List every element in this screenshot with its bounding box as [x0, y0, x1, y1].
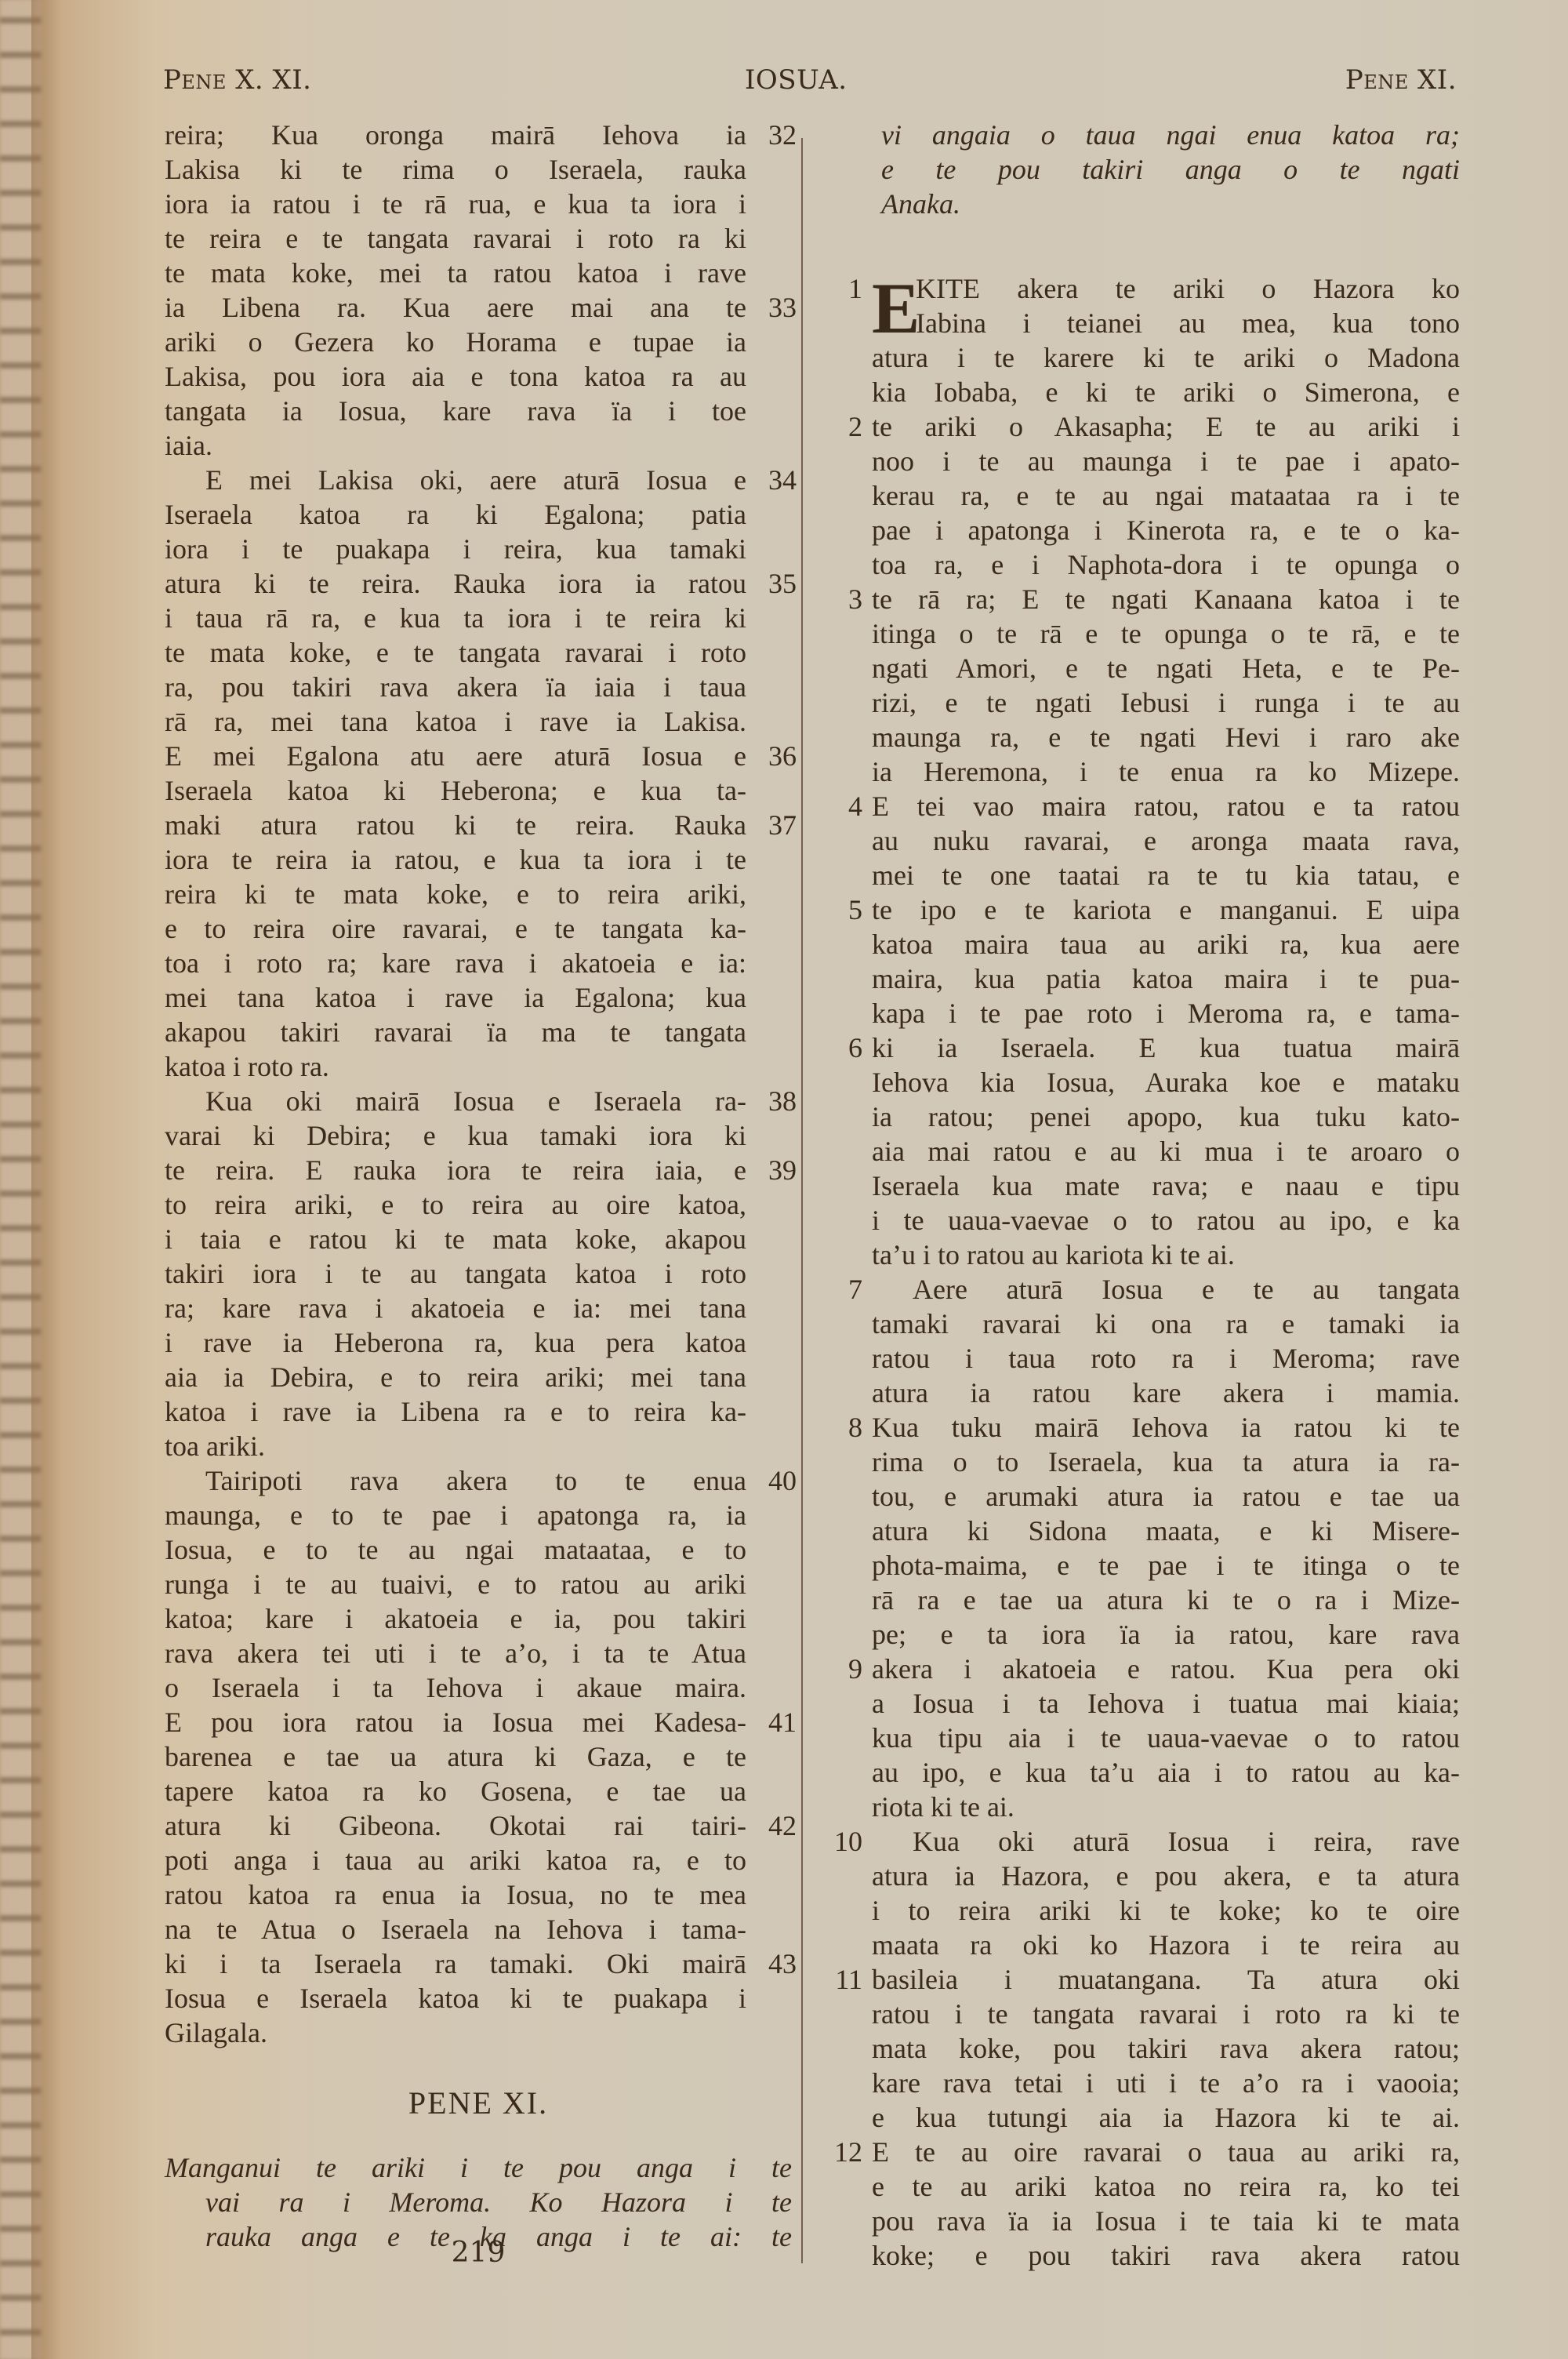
line-text: e te au ariki katoa no reira ra, ko tei	[872, 2169, 1460, 2204]
verse-number: 2	[831, 409, 862, 444]
text-line: Iosua, e to te au ngai mataataa, e to	[165, 1532, 792, 1567]
text-line: maunga ra, e te ngati Hevi i raro ake	[872, 720, 1460, 754]
summary-line: e te pou takiri anga o te ngati	[881, 152, 1460, 187]
line-text: maira, kua patia katoa maira i te pua-	[872, 961, 1460, 996]
line-text: basileia i muatangana. Ta atura oki	[872, 1962, 1460, 1997]
text-line: reira ki te mata koke, e to reira ariki,	[165, 877, 792, 911]
summary-text: Manganui te ariki i te pou anga i te	[165, 2150, 792, 2185]
verse-number: 12	[831, 2135, 862, 2169]
line-text: i to reira ariki ki te koke; ko te oire	[872, 1893, 1460, 1928]
text-line: ia ratou; penei apopo, kua tuku kato-	[872, 1100, 1460, 1134]
line-text: pe; e ta iora ïa ia ratou, kare rava	[872, 1617, 1460, 1652]
line-text: pou rava ïa ia Iosua i te taia ki te mat…	[872, 2204, 1460, 2238]
verse-number: 3	[831, 582, 862, 616]
text-line: maata ra oki ko Hazora i te reira au	[872, 1928, 1460, 1962]
line-text: E tei vao maira ratou, ratou e ta ratou	[872, 789, 1460, 823]
line-text: iora i te puakapa i reira, kua tamaki	[165, 532, 792, 566]
text-line: te mata koke, e te tangata ravarai i rot…	[165, 635, 792, 670]
line-text: atura ki Sidona maata, e ki Misere-	[872, 1514, 1460, 1548]
line-text: Lakisa, pou iora aia e tona katoa ra au	[165, 359, 792, 394]
text-line: e kua tutungi aia ia Hazora ki te ai.	[872, 2100, 1460, 2135]
line-text: Aere aturā Iosua e te au tangata	[872, 1272, 1460, 1307]
line-text: Lakisa ki te rima o Iseraela, rauka	[165, 152, 792, 187]
line-text: atura ia ratou kare akera i mamia.	[872, 1376, 1460, 1410]
line-text: te mata koke, e te tangata ravarai i rot…	[165, 635, 792, 670]
line-text: rima o to Iseraela, kua ta atura ia ra-	[872, 1445, 1460, 1479]
text-line: atura ki te reira. Rauka iora ia ratou35	[165, 566, 792, 601]
line-text: ratou katoa ra enua ia Iosua, no te mea	[165, 1877, 792, 1912]
text-line: barenea e tae ua atura ki Gaza, e te	[165, 1739, 792, 1774]
summary-text: vi angaia o taua ngai enua katoa ra;	[881, 118, 1460, 152]
text-line: E mei Lakisa oki, aere aturā Iosua e34	[165, 463, 792, 497]
verse-number: 7	[831, 1272, 862, 1307]
line-text: Iseraela katoa ki Heberona; e kua ta-	[165, 773, 792, 808]
line-text: kare rava tetai i uti i te a’o ra i vaoo…	[872, 2066, 1460, 2100]
line-text: iora te reira ia ratou, e kua ta iora i …	[165, 842, 792, 877]
verse-number: 40	[757, 1463, 797, 1498]
summary-line: Manganui te ariki i te pou anga i te	[165, 2150, 792, 2185]
text-line: i taua rā ra, e kua ta iora i te reira k…	[165, 601, 792, 635]
text-line: Kua tuku mairā Iehova ia ratou ki te8	[872, 1410, 1460, 1445]
text-line: basileia i muatangana. Ta atura oki11	[872, 1962, 1460, 1997]
verse-number: 38	[757, 1084, 797, 1118]
text-line: maki atura ratou ki te reira. Rauka37	[165, 808, 792, 842]
verse-number: 10	[831, 1824, 862, 1859]
text-line: Aere aturā Iosua e te au tangata7	[872, 1272, 1460, 1307]
line-text: akera i akatoeia e ratou. Kua pera oki	[872, 1652, 1460, 1686]
line-text: i taia e ratou ki te mata koke, akapou	[165, 1222, 792, 1256]
line-text: rizi, e te ngati Iebusi i runga i te au	[872, 685, 1460, 720]
text-line: katoa maira taua au ariki ra, kua aere	[872, 927, 1460, 961]
line-text: Gilagala.	[165, 2016, 792, 2050]
line-text: iaia.	[165, 428, 792, 463]
line-text: kua tipu aia i te uaua-vaevae o to ratou	[872, 1721, 1460, 1755]
text-line: ngati Amori, e te ngati Heta, e te Pe-	[872, 651, 1460, 685]
text-line: ia Libena ra. Kua aere mai ana te33	[165, 290, 792, 325]
line-text: kia Iobaba, e ki te ariki o Simerona, e	[872, 375, 1460, 409]
line-text: atura ki te reira. Rauka iora ia ratou	[165, 566, 792, 601]
line-text: katoa maira taua au ariki ra, kua aere	[872, 927, 1460, 961]
text-line: mata koke, pou takiri rava akera ratou;	[872, 2031, 1460, 2066]
text-line: e te au ariki katoa no reira ra, ko tei	[872, 2169, 1460, 2204]
text-line: maira, kua patia katoa maira i te pua-	[872, 961, 1460, 996]
book-title: IOSUA.	[745, 64, 848, 96]
text-line: iaia.	[165, 428, 792, 463]
line-text: E mei Egalona atu aere aturā Iosua e	[165, 739, 792, 773]
line-text: koke; e pou takiri rava akera ratou	[872, 2238, 1460, 2273]
chapter-body: EKITE akera te ariki o Hazora ko1Iabina …	[833, 271, 1460, 2273]
line-text: reira ki te mata koke, e to reira ariki,	[165, 877, 792, 911]
line-text: ta’u i to ratou au kariota ki te ai.	[872, 1238, 1460, 1272]
verse-number: 11	[831, 1962, 862, 1997]
text-line: ki ia Iseraela. E kua tuatua mairā6	[872, 1030, 1460, 1065]
line-text: rā ra, mei tana katoa i rave ia Lakisa.	[165, 704, 792, 739]
line-text: akapou takiri ravarai ïa ma te tangata	[165, 1015, 792, 1049]
line-text: tangata ia Iosua, kare rava ïa i toe	[165, 394, 792, 428]
text-line: kapa i te pae roto i Meroma ra, e tama-	[872, 996, 1460, 1030]
verse-number: 9	[831, 1652, 862, 1686]
verse-number: 36	[757, 739, 797, 773]
text-line: ratou i taua roto ra i Meroma; rave	[872, 1341, 1460, 1376]
text-line: tangata ia Iosua, kare rava ïa i toe	[165, 394, 792, 428]
verse-number: 41	[757, 1705, 797, 1739]
verse-number: 1	[831, 271, 862, 306]
text-line: E tei vao maira ratou, ratou e ta ratou4	[872, 789, 1460, 823]
text-line: ki i ta Iseraela ra tamaki. Oki mairā43	[165, 1946, 792, 1981]
line-text: KITE akera te ariki o Hazora ko	[916, 271, 1460, 306]
text-line: tou, e arumaki atura ia ratou e tae ua	[872, 1479, 1460, 1514]
text-line: E pou iora ratou ia Iosua mei Kadesa-41	[165, 1705, 792, 1739]
text-line: rima o to Iseraela, kua ta atura ia ra-	[872, 1445, 1460, 1479]
line-text: ngati Amori, e te ngati Heta, e te Pe-	[872, 651, 1460, 685]
line-text: ra; kare rava i akatoeia e ia: mei tana	[165, 1291, 792, 1325]
line-text: ariki o Gezera ko Horama e tupae ia	[165, 325, 792, 359]
line-text: reira; Kua oronga mairā Iehova ia	[165, 118, 792, 152]
text-line: atura ki Sidona maata, e ki Misere-	[872, 1514, 1460, 1548]
text-line: au ipo, e kua ta’u aia i to ratou au ka-	[872, 1755, 1460, 1790]
text-line: mei tana katoa i rave ia Egalona; kua	[165, 980, 792, 1015]
text-line: rava akera tei uti i te a’o, i ta te Atu…	[165, 1636, 792, 1670]
text-line: atura ia ratou kare akera i mamia.	[872, 1376, 1460, 1410]
text-line: o Iseraela i ta Iehova i akaue maira.	[165, 1670, 792, 1705]
text-line: rā ra, mei tana katoa i rave ia Lakisa.	[165, 704, 792, 739]
spacer	[833, 221, 1460, 271]
text-line: atura i te karere ki te ariki o Madona	[872, 340, 1460, 375]
line-text: au nuku ravarai, e aronga maata rava,	[872, 823, 1460, 858]
text-line: maunga, e to te pae i apatonga ra, ia	[165, 1498, 792, 1532]
line-text: o Iseraela i ta Iehova i akaue maira.	[165, 1670, 792, 1705]
text-line: riota ki te ai.	[872, 1790, 1460, 1824]
line-text: pae i apatonga i Kinerota ra, e te o ka-	[872, 513, 1460, 547]
text-line: pou rava ïa ia Iosua i te taia ki te mat…	[872, 2204, 1460, 2238]
line-text: aia ia Debira, e to reira ariki; mei tan…	[165, 1360, 792, 1394]
verse-number: 43	[757, 1946, 797, 1981]
text-line: Iseraela katoa ra ki Egalona; patia	[165, 497, 792, 532]
verse-number: 34	[757, 463, 797, 497]
line-text: a Iosua i ta Iehova i tuatua mai kiaia;	[872, 1686, 1460, 1721]
text-line: te ariki o Akasapha; E te au ariki i2	[872, 409, 1460, 444]
text-line: te reira e te tangata ravarai i roto ra …	[165, 221, 792, 256]
line-text: e to reira oire ravarai, e te tangata ka…	[165, 911, 792, 946]
text-line: Kua oki aturā Iosua i reira, rave10	[872, 1824, 1460, 1859]
line-text: Iehova kia Iosua, Auraka koe e mataku	[872, 1065, 1460, 1100]
line-text: ratou i te tangata ravarai i roto ra ki …	[872, 1997, 1460, 2031]
line-text: atura i te karere ki te ariki o Madona	[872, 340, 1460, 375]
text-line: Gilagala.	[165, 2016, 792, 2050]
line-text: katoa; kare i akatoeia e ia, pou takiri	[165, 1601, 792, 1636]
line-text: katoa i roto ra.	[165, 1049, 792, 1084]
line-text: Tairipoti rava akera to te enua	[165, 1463, 792, 1498]
verse-number: 33	[757, 290, 797, 325]
line-text: ki i ta Iseraela ra tamaki. Oki mairā	[165, 1946, 792, 1981]
line-text: te reira e te tangata ravarai i roto ra …	[165, 221, 792, 256]
text-line: aia mai ratou e au ki mua i te aroaro o	[872, 1134, 1460, 1169]
line-text: mei tana katoa i rave ia Egalona; kua	[165, 980, 792, 1015]
text-line: i te uaua-vaevae o to ratou au ipo, e ka	[872, 1203, 1460, 1238]
text-line: kua tipu aia i te uaua-vaevae o to ratou	[872, 1721, 1460, 1755]
line-text: i rave ia Heberona ra, kua pera katoa	[165, 1325, 792, 1360]
verse-number: 39	[757, 1153, 797, 1187]
text-line: pe; e ta iora ïa ia ratou, kare rava	[872, 1617, 1460, 1652]
text-line: poti anga i taua au ariki katoa ra, e to	[165, 1843, 792, 1877]
text-line: reira; Kua oronga mairā Iehova ia32	[165, 118, 792, 152]
text-line: pae i apatonga i Kinerota ra, e te o ka-	[872, 513, 1460, 547]
verse-number: 8	[831, 1410, 862, 1445]
line-text: E pou iora ratou ia Iosua mei Kadesa-	[165, 1705, 792, 1739]
line-text: ia ratou; penei apopo, kua tuku kato-	[872, 1100, 1460, 1134]
page-number: 219	[165, 2237, 792, 2269]
text-line: itinga o te rā e te opunga o te rā, e te	[872, 616, 1460, 651]
text-line: te ipo e te kariota e manganui. E uipa5	[872, 892, 1460, 927]
text-line: tamaki ravarai ki ona ra e tamaki ia	[872, 1307, 1460, 1341]
line-text: rā ra e tae ua atura ki te o ra i Mize-	[872, 1583, 1460, 1617]
line-text: maunga, e to te pae i apatonga ra, ia	[165, 1498, 792, 1532]
text-line: Iosua e Iseraela katoa ki te puakapa i	[165, 1981, 792, 2016]
line-text: te ipo e te kariota e manganui. E uipa	[872, 892, 1460, 927]
line-text: itinga o te rā e te opunga o te rā, e te	[872, 616, 1460, 651]
summary-line: Anaka.	[881, 187, 1460, 221]
line-text: te mata koke, mei ta ratou katoa i rave	[165, 256, 792, 290]
line-text: Iabina i teianei au mea, kua tono	[916, 306, 1460, 340]
text-line: rā ra e tae ua atura ki te o ra i Mize-	[872, 1583, 1460, 1617]
line-text: E te au oire ravarai o taua au ariki ra,	[872, 2135, 1460, 2169]
text-line: Lakisa, pou iora aia e tona katoa ra au	[165, 359, 792, 394]
text-line: to reira ariki, e to reira au oire katoa…	[165, 1187, 792, 1222]
column-divider	[801, 138, 803, 2263]
text-line: ta’u i to ratou au kariota ki te ai.	[872, 1238, 1460, 1272]
line-text: katoa i rave ia Libena ra e to reira ka-	[165, 1394, 792, 1429]
line-text: varai ki Debira; e kua tamaki iora ki	[165, 1118, 792, 1153]
line-text: Iseraela katoa ra ki Egalona; patia	[165, 497, 792, 532]
line-text: ratou i taua roto ra i Meroma; rave	[872, 1341, 1460, 1376]
line-text: au ipo, e kua ta’u aia i to ratou au ka-	[872, 1755, 1460, 1790]
text-line: kia Iobaba, e ki te ariki o Simerona, e	[872, 375, 1460, 409]
line-text: ia Heremona, i te enua ra ko Mizepe.	[872, 754, 1460, 789]
line-text: iora ia ratou i te rā rua, e kua ta iora…	[165, 187, 792, 221]
line-text: Iosua, e to te au ngai mataataa, e to	[165, 1532, 792, 1567]
text-line: iora te reira ia ratou, e kua ta iora i …	[165, 842, 792, 877]
line-text: Iseraela kua mate rava; e naau e tipu	[872, 1169, 1460, 1203]
line-text: toa ariki.	[165, 1429, 792, 1463]
line-text: tamaki ravarai ki ona ra e tamaki ia	[872, 1307, 1460, 1341]
text-line: atura ia Hazora, e pou akera, e ta atura	[872, 1859, 1460, 1893]
line-text: tou, e arumaki atura ia ratou e tae ua	[872, 1479, 1460, 1514]
chapter-heading: PENE XI.	[165, 2080, 792, 2127]
text-line: i to reira ariki ki te koke; ko te oire	[872, 1893, 1460, 1928]
line-text: toa ra, e i Naphota-dora i te opunga o	[872, 547, 1460, 582]
text-line: te reira. E rauka iora te reira iaia, e3…	[165, 1153, 792, 1187]
line-text: noo i te au maunga i te pae i apato-	[872, 444, 1460, 478]
verse-number: 37	[757, 808, 797, 842]
text-line: E mei Egalona atu aere aturā Iosua e36	[165, 739, 792, 773]
text-line: runga i te au tuaivi, e to ratou au arik…	[165, 1567, 792, 1601]
verse-number: 35	[757, 566, 797, 601]
text-line: ra, pou takiri rava akera ïa iaia i taua	[165, 670, 792, 704]
line-text: e kua tutungi aia ia Hazora ki te ai.	[872, 2100, 1460, 2135]
line-text: Kua oki mairā Iosua e Iseraela ra-	[165, 1084, 792, 1118]
text-line: Iabina i teianei au mea, kua tono	[872, 306, 1460, 340]
text-line: aia ia Debira, e to reira ariki; mei tan…	[165, 1360, 792, 1394]
text-line: kerau ra, e te au ngai mataataa ra i te	[872, 478, 1460, 513]
summary-line: vai ra i Meroma. Ko Hazora i te	[165, 2185, 792, 2219]
running-head-right: Pene XI.	[1345, 64, 1457, 96]
text-line: rizi, e te ngati Iebusi i runga i te au	[872, 685, 1460, 720]
text-line: toa ra, e i Naphota-dora i te opunga o	[872, 547, 1460, 582]
text-line: ra; kare rava i akatoeia e ia: mei tana	[165, 1291, 792, 1325]
text-line: toa ariki.	[165, 1429, 792, 1463]
line-text: tapere katoa ra ko Gosena, e tae ua	[165, 1774, 792, 1808]
text-line: tapere katoa ra ko Gosena, e tae ua	[165, 1774, 792, 1808]
text-line: akapou takiri ravarai ïa ma te tangata	[165, 1015, 792, 1049]
chapter-summary-continued: vi angaia o taua ngai enua katoa ra;e te…	[833, 118, 1460, 221]
text-line: i taia e ratou ki te mata koke, akapou	[165, 1222, 792, 1256]
line-text: ra, pou takiri rava akera ïa iaia i taua	[165, 670, 792, 704]
gutter-shadow	[31, 0, 63, 2359]
text-line: Iehova kia Iosua, Auraka koe e mataku	[872, 1065, 1460, 1100]
line-text: E mei Lakisa oki, aere aturā Iosua e	[165, 463, 792, 497]
line-text: maunga ra, e te ngati Hevi i raro ake	[872, 720, 1460, 754]
running-head: Pene X. XI. IOSUA. Pene XI.	[163, 64, 1457, 104]
text-line: noo i te au maunga i te pae i apato-	[872, 444, 1460, 478]
line-text: atura ki Gibeona. Okotai rai tairi-	[165, 1808, 792, 1843]
text-line: e to reira oire ravarai, e te tangata ka…	[165, 911, 792, 946]
line-text: ki ia Iseraela. E kua tuatua mairā	[872, 1030, 1460, 1065]
verse-number: 32	[757, 118, 797, 152]
line-text: phota-maima, e te pae i te itinga o te	[872, 1548, 1460, 1583]
line-text: maata ra oki ko Hazora i te reira au	[872, 1928, 1460, 1962]
text-line: katoa; kare i akatoeia e ia, pou takiri	[165, 1601, 792, 1636]
line-text: kerau ra, e te au ngai mataataa ra i te	[872, 478, 1460, 513]
line-text: i te uaua-vaevae o to ratou au ipo, e ka	[872, 1203, 1460, 1238]
line-text: barenea e tae ua atura ki Gaza, e te	[165, 1739, 792, 1774]
text-line: te mata koke, mei ta ratou katoa i rave	[165, 256, 792, 290]
text-line: Tairipoti rava akera to te enua40	[165, 1463, 792, 1498]
summary-line: vi angaia o taua ngai enua katoa ra;	[881, 118, 1460, 152]
line-text: aia mai ratou e au ki mua i te aroaro o	[872, 1134, 1460, 1169]
left-column: reira; Kua oronga mairā Iehova ia32Lakis…	[165, 118, 792, 2254]
text-line: te rā ra; E te ngati Kanaana katoa i te3	[872, 582, 1460, 616]
line-text: to reira ariki, e to reira au oire katoa…	[165, 1187, 792, 1222]
text-line: koke; e pou takiri rava akera ratou	[872, 2238, 1460, 2273]
line-text: takiri iora i te au tangata katoa i roto	[165, 1256, 792, 1291]
right-column: vi angaia o taua ngai enua katoa ra;e te…	[833, 118, 1460, 2273]
line-text: kapa i te pae roto i Meroma ra, e tama-	[872, 996, 1460, 1030]
line-text: maki atura ratou ki te reira. Rauka	[165, 808, 792, 842]
line-text: mata koke, pou takiri rava akera ratou;	[872, 2031, 1460, 2066]
text-line: KITE akera te ariki o Hazora ko1	[872, 271, 1460, 306]
line-text: te ariki o Akasapha; E te au ariki i	[872, 409, 1460, 444]
text-line: toa i roto ra; kare rava i akatoeia e ia…	[165, 946, 792, 980]
verse-number: 42	[757, 1808, 797, 1843]
text-line: na te Atua o Iseraela na Iehova i tama-	[165, 1912, 792, 1946]
line-text: mei te one taatai ra te tu kia tatau, e	[872, 858, 1460, 892]
summary-text: vai ra i Meroma. Ko Hazora i te	[205, 2185, 792, 2219]
verse-number: 5	[831, 892, 862, 927]
text-line: katoa i rave ia Libena ra e to reira ka-	[165, 1394, 792, 1429]
text-line: takiri iora i te au tangata katoa i roto	[165, 1256, 792, 1291]
line-text: ia Libena ra. Kua aere mai ana te	[165, 290, 792, 325]
verse-number: 4	[831, 789, 862, 823]
summary-text: Anaka.	[881, 187, 1460, 221]
text-line: akera i akatoeia e ratou. Kua pera oki9	[872, 1652, 1460, 1686]
line-text: poti anga i taua au ariki katoa ra, e to	[165, 1843, 792, 1877]
text-line: iora ia ratou i te rā rua, e kua ta iora…	[165, 187, 792, 221]
line-text: runga i te au tuaivi, e to ratou au arik…	[165, 1567, 792, 1601]
text-line: Kua oki mairā Iosua e Iseraela ra-38	[165, 1084, 792, 1118]
text-line: i rave ia Heberona ra, kua pera katoa	[165, 1325, 792, 1360]
line-text: Kua tuku mairā Iehova ia ratou ki te	[872, 1410, 1460, 1445]
summary-text: e te pou takiri anga o te ngati	[881, 152, 1460, 187]
verse-number: 6	[831, 1030, 862, 1065]
text-line: a Iosua i ta Iehova i tuatua mai kiaia;	[872, 1686, 1460, 1721]
line-text: rava akera tei uti i te a’o, i ta te Atu…	[165, 1636, 792, 1670]
line-text: te reira. E rauka iora te reira iaia, e	[165, 1153, 792, 1187]
text-line: ratou katoa ra enua ia Iosua, no te mea	[165, 1877, 792, 1912]
running-head-left: Pene X. XI.	[163, 64, 312, 96]
text-line: ia Heremona, i te enua ra ko Mizepe.	[872, 754, 1460, 789]
line-text: i taua rā ra, e kua ta iora i te reira k…	[165, 601, 792, 635]
line-text: Iosua e Iseraela katoa ki te puakapa i	[165, 1981, 792, 2016]
text-line: varai ki Debira; e kua tamaki iora ki	[165, 1118, 792, 1153]
line-text: na te Atua o Iseraela na Iehova i tama-	[165, 1912, 792, 1946]
text-line: katoa i roto ra.	[165, 1049, 792, 1084]
text-line: ratou i te tangata ravarai i roto ra ki …	[872, 1997, 1460, 2031]
line-text: Kua oki aturā Iosua i reira, rave	[872, 1824, 1460, 1859]
text-line: Iseraela katoa ki Heberona; e kua ta-	[165, 773, 792, 808]
text-line: kare rava tetai i uti i te a’o ra i vaoo…	[872, 2066, 1460, 2100]
text-line: atura ki Gibeona. Okotai rai tairi-42	[165, 1808, 792, 1843]
text-line: E te au oire ravarai o taua au ariki ra,…	[872, 2135, 1460, 2169]
line-text: te rā ra; E te ngati Kanaana katoa i te	[872, 582, 1460, 616]
text-line: mei te one taatai ra te tu kia tatau, e	[872, 858, 1460, 892]
text-line: phota-maima, e te pae i te itinga o te	[872, 1548, 1460, 1583]
text-line: Lakisa ki te rima o Iseraela, rauka	[165, 152, 792, 187]
text-line: au nuku ravarai, e aronga maata rava,	[872, 823, 1460, 858]
book-page: Pene X. XI. IOSUA. Pene XI. reira; Kua o…	[0, 0, 1568, 2359]
text-line: ariki o Gezera ko Horama e tupae ia	[165, 325, 792, 359]
text-line: iora i te puakapa i reira, kua tamaki	[165, 532, 792, 566]
line-text: riota ki te ai.	[872, 1790, 1460, 1824]
line-text: atura ia Hazora, e pou akera, e ta atura	[872, 1859, 1460, 1893]
text-line: Iseraela kua mate rava; e naau e tipu	[872, 1169, 1460, 1203]
line-text: toa i roto ra; kare rava i akatoeia e ia…	[165, 946, 792, 980]
